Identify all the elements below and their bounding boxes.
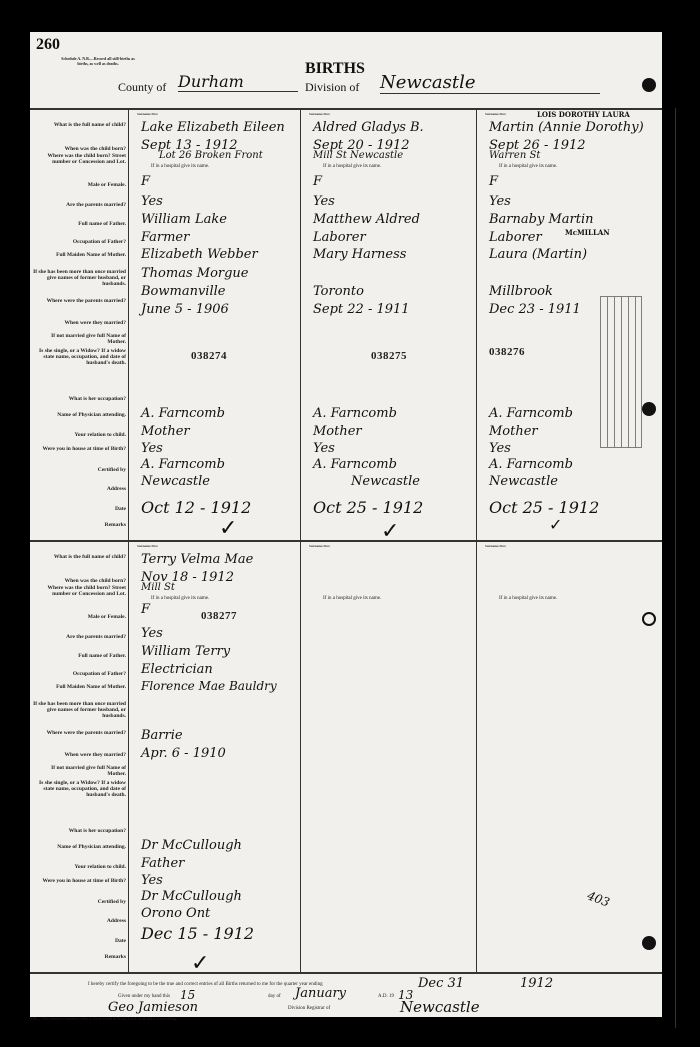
amendment-stamp	[600, 296, 642, 448]
registration-number: 038277	[201, 610, 237, 622]
hospital-note: If in a hospital give its name.	[323, 164, 381, 169]
row-label: Male or Female.	[32, 614, 126, 620]
row-label: Date	[32, 506, 126, 512]
entry-column-1: Surname first Lake Elizabeth Eileen Sept…	[128, 110, 301, 542]
register-section-bottom: What is the full name of child? When was…	[30, 540, 662, 974]
mother-maiden-name: Florence Mae Bauldry	[141, 679, 277, 693]
month: January	[295, 986, 346, 1001]
row-label: Are the parents married?	[32, 634, 126, 640]
marriage-place: Barrie	[141, 728, 183, 743]
certified-by: Dr McCullough	[141, 889, 242, 904]
address: Orono Ont	[141, 906, 210, 921]
row-label: Is she single, or a Widow? If a widow st…	[32, 780, 126, 798]
entry-column-4: Surname first Terry Velma Mae Nov 18 - 1…	[128, 542, 301, 974]
hospital-note: If in a hospital give its name.	[151, 164, 209, 169]
row-label: When were they married?	[32, 752, 126, 758]
column-header: Surname first	[137, 544, 158, 548]
row-label: What is the full name of child?	[32, 122, 126, 128]
row-label: Are the parents married?	[32, 202, 126, 208]
row-label: Occupation of Father?	[32, 239, 126, 245]
row-label: Your relation to child.	[32, 864, 126, 870]
former-husband: Thomas Morgue	[141, 266, 249, 281]
marriage-date: Apr. 6 - 1910	[141, 746, 226, 761]
row-label: Where was the child born? Street number …	[32, 153, 126, 165]
row-label: If she has been more than once married g…	[32, 269, 126, 287]
mother-maiden-name: Mary Harness	[313, 247, 406, 262]
checkmark-icon: ✓	[549, 515, 562, 535]
register-section-top: What is the full name of child? When was…	[30, 108, 662, 542]
registrar-signature: Geo Jamieson	[108, 1000, 198, 1015]
column-header: Surname first	[309, 544, 330, 548]
row-label: Where were the parents married?	[32, 298, 126, 304]
row-label: When was the child born?	[32, 578, 126, 584]
row-label: Address	[32, 486, 126, 492]
row-label: When were they married?	[32, 320, 126, 326]
certification-text: I hereby certify the foregoing to be the…	[88, 982, 323, 987]
sex: F	[489, 174, 498, 189]
row-label: Male or Female.	[32, 182, 126, 188]
row-label: Certified by	[32, 899, 126, 905]
birth-place: Warren St	[489, 150, 540, 161]
row-label: Were you in house at time of Birth?	[32, 446, 126, 452]
row-label: Name of Physician attending.	[32, 412, 126, 418]
hospital-note: If in a hospital give its name.	[499, 164, 557, 169]
marriage-place: Toronto	[313, 284, 364, 299]
entry-column-2: Surname first Aldred Gladys B. Sept 20 -…	[300, 110, 477, 542]
in-house-at-birth: Yes	[141, 873, 163, 888]
address: Newcastle	[351, 474, 420, 489]
quarter-year: 1912	[520, 976, 553, 991]
row-label: If not married give full Name of Mother.	[32, 333, 126, 345]
certification-date: Dec 15 - 1912	[141, 924, 254, 943]
column-header: Surname first	[485, 112, 506, 116]
in-house-at-birth: Yes	[141, 441, 163, 456]
child-name: Martin (Annie Dorothy)	[489, 120, 644, 135]
column-header: Surname first	[485, 544, 506, 548]
right-margin-rule	[675, 108, 676, 1028]
registration-number: 038276	[489, 346, 525, 358]
certified-by: A. Farncomb	[313, 457, 397, 472]
father-name: Matthew Aldred	[313, 212, 420, 227]
punch-hole-icon	[642, 78, 656, 92]
father-name: William Lake	[141, 212, 227, 227]
name-correction-annotation: LOIS DOROTHY LAURA	[537, 110, 630, 119]
relation-to-child: Mother	[313, 424, 362, 439]
registrar-certification: I hereby certify the foregoing to be the…	[30, 972, 662, 1019]
row-label: If she has been more than once married g…	[32, 701, 126, 719]
quarter-end-date: Dec 31	[418, 976, 464, 991]
father-occupation: Laborer	[489, 230, 542, 245]
certification-date: Oct 25 - 1912	[489, 498, 599, 517]
marriage-date: Sept 22 - 1911	[313, 302, 410, 317]
parents-married: Yes	[313, 194, 335, 209]
column-header: Surname first	[137, 112, 158, 116]
row-label: Where was the child born? Street number …	[32, 585, 126, 597]
father-occupation: Farmer	[141, 230, 189, 245]
parents-married: Yes	[141, 194, 163, 209]
physician: A. Farncomb	[141, 406, 225, 421]
birth-place: Mill St Newcastle	[313, 150, 403, 161]
row-label: Occupation of Father?	[32, 671, 126, 677]
registration-number: 038274	[191, 350, 227, 362]
relation-to-child: Father	[141, 856, 184, 871]
row-label: Is she single, or a Widow? If a widow st…	[32, 348, 126, 366]
row-label: Full Maiden Name of Mother.	[32, 684, 126, 690]
row-label: Address	[32, 918, 126, 924]
hospital-note: If in a hospital give its name.	[151, 596, 209, 601]
in-house-at-birth: Yes	[313, 441, 335, 456]
father-occupation: Electrician	[141, 662, 213, 677]
row-label: Date	[32, 938, 126, 944]
marriage-date: June 5 - 1906	[141, 302, 229, 317]
parents-married: Yes	[489, 194, 511, 209]
column-header: Surname first	[309, 112, 330, 116]
birth-place: Mill St	[141, 582, 175, 593]
margin-note: 403	[585, 889, 611, 910]
address: Newcastle	[489, 474, 558, 489]
mother-maiden-name: Elizabeth Webber	[141, 247, 258, 262]
certification-date: Oct 25 - 1912	[313, 498, 423, 517]
row-label: Full Maiden Name of Mother.	[32, 252, 126, 258]
division-label: Division of	[305, 80, 359, 95]
registration-number: 038275	[371, 350, 407, 362]
row-label: If not married give full Name of Mother.	[32, 765, 126, 777]
page-title: BIRTHS	[305, 60, 365, 78]
father-name: William Terry	[141, 644, 230, 659]
row-label: Full name of Father.	[32, 221, 126, 227]
ad-label: A.D. 19	[378, 994, 394, 999]
address: Newcastle	[141, 474, 210, 489]
parents-married: Yes	[141, 626, 163, 641]
certified-by: A. Farncomb	[489, 457, 573, 472]
relation-to-child: Mother	[141, 424, 190, 439]
registrar-label: Division Registrar of	[288, 1006, 330, 1011]
county-value: Durham	[178, 72, 298, 92]
child-name: Aldred Gladys B.	[313, 120, 424, 135]
day-of-label: day of	[268, 994, 281, 999]
mother-maiden-name: Laura (Martin)	[489, 247, 587, 262]
child-name: Terry Velma Mae	[141, 552, 253, 567]
physician: A. Farncomb	[313, 406, 397, 421]
marriage-place: Millbrook	[489, 284, 553, 299]
marriage-date: Dec 23 - 1911	[489, 302, 581, 317]
birth-place: Lot 26 Broken Front	[159, 150, 263, 161]
row-label: Where were the parents married?	[32, 730, 126, 736]
row-label: What is her occupation?	[32, 828, 126, 834]
row-label: Certified by	[32, 467, 126, 473]
in-house-at-birth: Yes	[489, 441, 511, 456]
checkmark-icon: ✓	[219, 515, 237, 541]
relation-to-child: Mother	[489, 424, 538, 439]
father-name: Barnaby Martin	[489, 212, 593, 227]
entry-column-6-empty: Surname first If in a hospital give its …	[476, 542, 647, 974]
physician: Dr McCullough	[141, 838, 242, 853]
row-label: What is her occupation?	[32, 396, 126, 402]
division-value: Newcastle	[380, 72, 600, 94]
reference-note: N.B.—The reference numbers relate to tho…	[30, 1016, 178, 1021]
hospital-note: If in a hospital give its name.	[323, 596, 381, 601]
sex: F	[141, 174, 150, 189]
row-label: Remarks	[32, 954, 126, 960]
surname-correction-annotation: McMILLAN	[565, 228, 610, 237]
row-label: Name of Physician attending.	[32, 844, 126, 850]
physician: A. Farncomb	[489, 406, 573, 421]
row-label: What is the full name of child?	[32, 554, 126, 560]
schedule-note: Schedule A. N.B.—Record all still-births…	[58, 56, 138, 66]
row-label: Remarks	[32, 522, 126, 528]
row-label: When was the child born?	[32, 146, 126, 152]
row-label: Your relation to child.	[32, 432, 126, 438]
registrar-division: Newcastle	[400, 998, 480, 1016]
page-number: 260	[36, 36, 60, 54]
certified-by: A. Farncomb	[141, 457, 225, 472]
entry-column-5-empty: Surname first If in a hospital give its …	[300, 542, 477, 974]
sex: F	[313, 174, 322, 189]
given-label: Given under my hand this	[118, 994, 170, 999]
child-name: Lake Elizabeth Eileen	[141, 120, 285, 135]
sex: F	[141, 602, 150, 617]
hospital-note: If in a hospital give its name.	[499, 596, 557, 601]
row-label: Full name of Father.	[32, 653, 126, 659]
row-label: Were you in house at time of Birth?	[32, 878, 126, 884]
county-label: County of	[118, 80, 166, 95]
birth-register-page: 260 Schedule A. N.B.—Record all still-bi…	[30, 32, 662, 1017]
father-occupation: Laborer	[313, 230, 366, 245]
marriage-place: Bowmanville	[141, 284, 225, 299]
